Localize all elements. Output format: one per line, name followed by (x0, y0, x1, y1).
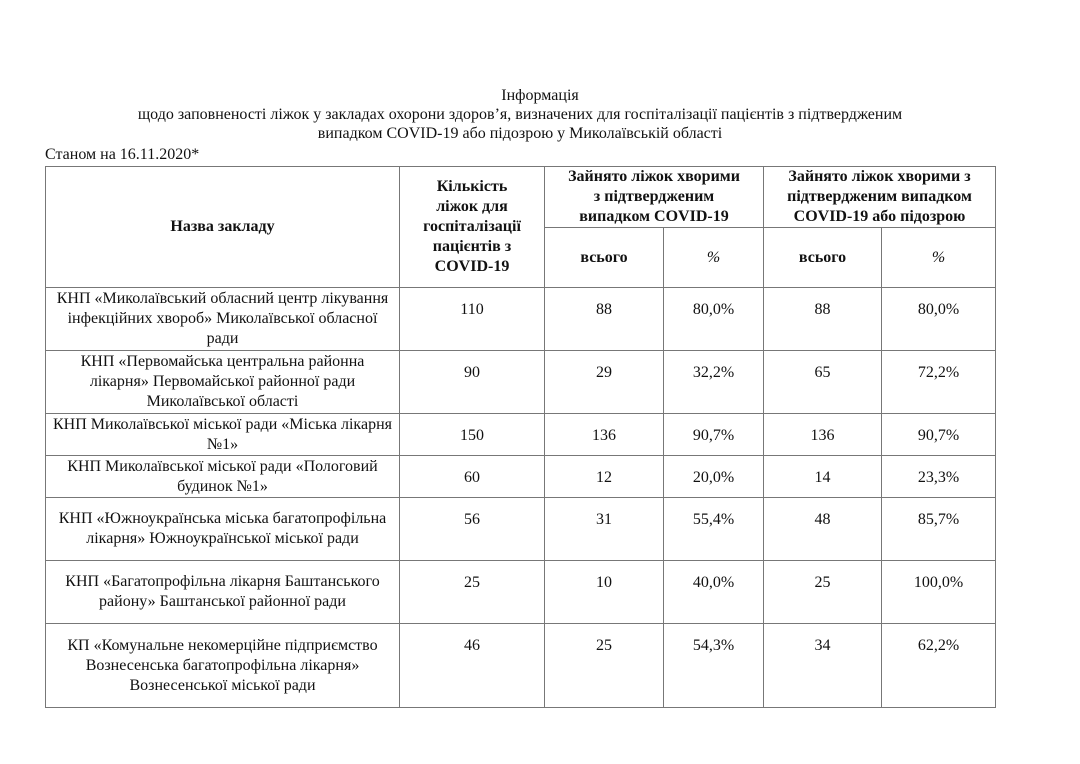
all-total-cell: 48 (764, 498, 882, 561)
all-percent-cell: 23,3% (882, 456, 996, 498)
all-total-cell: 88 (764, 288, 882, 351)
header-confirmed-group: Зайнято ліжок хворими з підтвердженим ви… (545, 167, 764, 228)
all-percent-cell: 80,0% (882, 288, 996, 351)
confirmed-percent-cell: 80,0% (664, 288, 764, 351)
all-percent-cell: 90,7% (882, 414, 996, 456)
facility-name-cell: КНП «Миколаївський обласний центр лікува… (46, 288, 400, 351)
all-total-cell: 136 (764, 414, 882, 456)
confirmed-percent-cell: 20,0% (664, 456, 764, 498)
header-confirmed-or-suspected-group: Зайнято ліжок хворими з підтвердженим ви… (764, 167, 996, 228)
all-total-cell: 25 (764, 561, 882, 624)
confirmed-total-cell: 29 (545, 351, 664, 414)
bed-count-cell: 25 (400, 561, 545, 624)
bed-count-cell: 46 (400, 624, 545, 708)
confirmed-total-cell: 10 (545, 561, 664, 624)
bed-occupancy-table: Назва закладу Кількість ліжок для госпіт… (45, 166, 996, 708)
header-all-percent: % (882, 228, 996, 288)
bed-count-cell: 90 (400, 351, 545, 414)
document-title: Інформація (0, 86, 1080, 105)
table-row: КНП «Миколаївський обласний центр лікува… (46, 288, 996, 351)
facility-name-cell: КНП «Багатопрофільна лікарня Баштанськог… (46, 561, 400, 624)
header-facility-name: Назва закладу (46, 167, 400, 288)
confirmed-percent-cell: 90,7% (664, 414, 764, 456)
facility-name-cell: КНП «Южноукраїнська міська багатопрофіль… (46, 498, 400, 561)
facility-name-cell: КП «Комунальне некомерційне підприємство… (46, 624, 400, 708)
table-row: КНП «Первомайська центральна районна лік… (46, 351, 996, 414)
document-subtitle-line-1: щодо заповненості ліжок у закладах охоро… (40, 105, 1000, 124)
bed-count-cell: 60 (400, 456, 545, 498)
all-percent-cell: 100,0% (882, 561, 996, 624)
document-subtitle-line-2: випадком COVID-19 або підозрою у Миколаї… (40, 124, 1000, 143)
all-percent-cell: 85,7% (882, 498, 996, 561)
facility-name-cell: КНП Миколаївської міської ради «Міська л… (46, 414, 400, 456)
confirmed-total-cell: 25 (545, 624, 664, 708)
confirmed-percent-cell: 32,2% (664, 351, 764, 414)
header-bed-count: Кількість ліжок для госпіталізації паціє… (400, 167, 545, 288)
all-percent-cell: 62,2% (882, 624, 996, 708)
header-all-total: всього (764, 228, 882, 288)
bed-count-cell: 150 (400, 414, 545, 456)
header-confirmed-percent: % (664, 228, 764, 288)
confirmed-total-cell: 31 (545, 498, 664, 561)
table-row: КНП «Южноукраїнська міська багатопрофіль… (46, 498, 996, 561)
all-total-cell: 65 (764, 351, 882, 414)
confirmed-total-cell: 136 (545, 414, 664, 456)
table-row: КП «Комунальне некомерційне підприємство… (46, 624, 996, 708)
all-total-cell: 34 (764, 624, 882, 708)
confirmed-percent-cell: 54,3% (664, 624, 764, 708)
all-percent-cell: 72,2% (882, 351, 996, 414)
as-of-date: Станом на 16.11.2020* (45, 145, 199, 164)
confirmed-percent-cell: 40,0% (664, 561, 764, 624)
header-confirmed-total: всього (545, 228, 664, 288)
facility-name-cell: КНП «Первомайська центральна районна лік… (46, 351, 400, 414)
all-total-cell: 14 (764, 456, 882, 498)
facility-name-cell: КНП Миколаївської міської ради «Пологови… (46, 456, 400, 498)
confirmed-percent-cell: 55,4% (664, 498, 764, 561)
confirmed-total-cell: 12 (545, 456, 664, 498)
table-row: КНП «Багатопрофільна лікарня Баштанськог… (46, 561, 996, 624)
table-row: КНП Миколаївської міської ради «Міська л… (46, 414, 996, 456)
bed-count-cell: 56 (400, 498, 545, 561)
table-row: КНП Миколаївської міської ради «Пологови… (46, 456, 996, 498)
confirmed-total-cell: 88 (545, 288, 664, 351)
bed-count-cell: 110 (400, 288, 545, 351)
